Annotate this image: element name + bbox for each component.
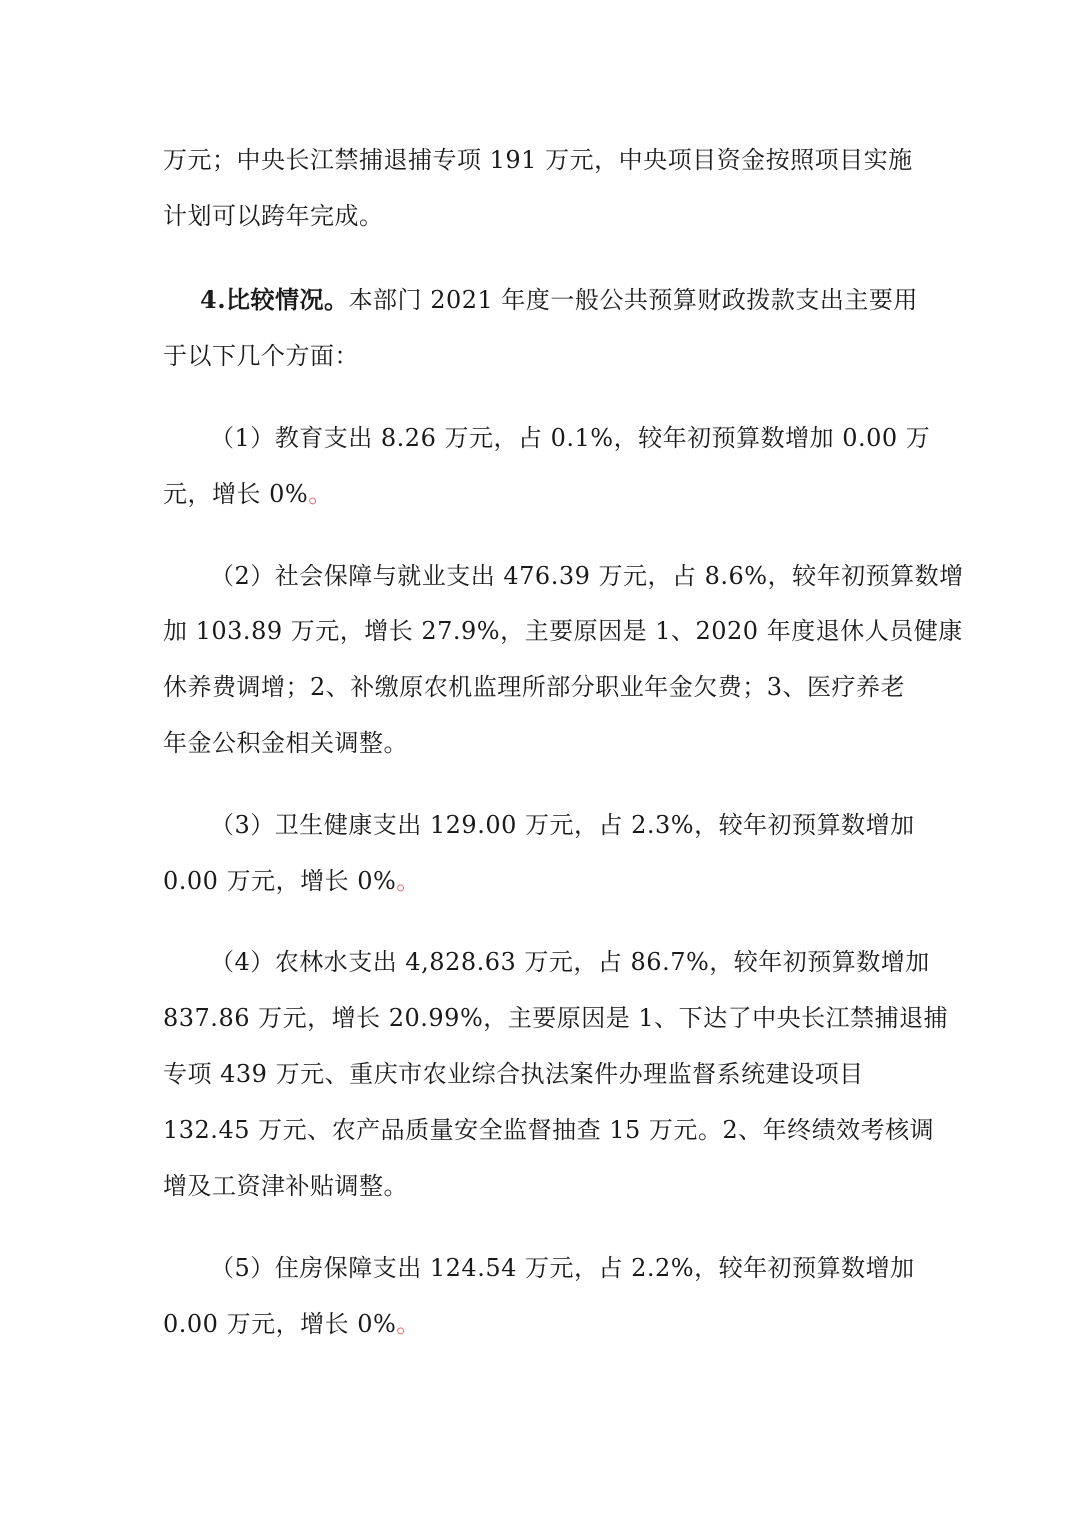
item-2-line: （2）社会保障与就业支出 476.39 万元，占 8.6%，较年初预算数增 [210,562,964,590]
item-3-line: （3）卫生健康支出 129.00 万元，占 2.3%，较年初预算数增加 [210,811,915,839]
section-4-line: 4.比较情况。本部门 2021 年度一般公共预算财政拨款支出主要用 [200,286,918,314]
red-period-mark: 。 [396,1310,421,1338]
item-2-line: 加 103.89 万元，增长 27.9%，主要原因是 1、2020 年度退休人员… [163,617,963,645]
document-page: 万元；中央长江禁捕退捕专项 191 万元，中央项目资金按照项目实施 计划可以跨年… [0,0,1074,1520]
paragraph-line: 计划可以跨年完成。 [163,202,384,230]
item-4-line: 132.45 万元、农产品质量安全监督抽查 15 万元。2、年终绩效考核调 [163,1116,934,1144]
item-text: 0.00 万元，增长 0% [163,867,396,895]
item-4-line: 增及工资津补贴调整。 [163,1172,408,1200]
item-4-line: （4）农林水支出 4,828.63 万元，占 86.7%，较年初预算数增加 [210,948,930,976]
paragraph-line: 万元；中央长江禁捕退捕专项 191 万元，中央项目资金按照项目实施 [163,146,913,174]
item-2-line: 年金公积金相关调整。 [163,729,408,757]
item-1-line: 元，增长 0%。 [163,480,333,508]
item-4-line: 专项 439 万元、重庆市农业综合执法案件办理监督系统建设项目 [163,1060,864,1088]
item-5-line: 0.00 万元，增长 0%。 [163,1310,421,1338]
item-text: 0.00 万元，增长 0% [163,1310,396,1338]
red-period-mark: 。 [396,867,421,895]
section-text: 本部门 2021 年度一般公共预算财政拨款支出主要用 [349,286,918,314]
item-4-line: 837.86 万元，增长 20.99%，主要原因是 1、下达了中央长江禁捕退捕 [163,1004,948,1032]
item-text: 元，增长 0% [163,480,308,508]
red-period-mark: 。 [308,480,333,508]
paragraph-line: 于以下几个方面： [163,342,359,370]
item-1-line: （1）教育支出 8.26 万元，占 0.1%，较年初预算数增加 0.00 万 [210,424,930,452]
section-heading: 4.比较情况。 [200,285,349,314]
item-2-line: 休养费调增；2、补缴原农机监理所部分职业年金欠费；3、医疗养老 [163,673,905,701]
item-3-line: 0.00 万元，增长 0%。 [163,867,421,895]
item-5-line: （5）住房保障支出 124.54 万元，占 2.2%，较年初预算数增加 [210,1254,915,1282]
